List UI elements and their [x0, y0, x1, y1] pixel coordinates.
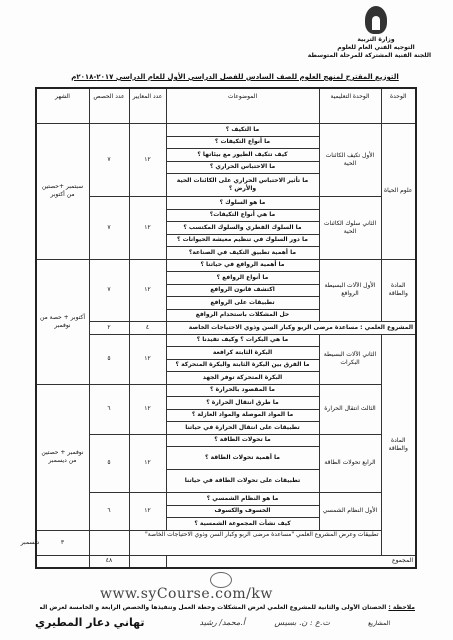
standards-cell: ١٢ [129, 124, 166, 197]
table-row: الأول النظام الشمسي ما هو النظام الشمسي … [36, 493, 416, 506]
standards-cell: ١٢ [129, 384, 166, 434]
edu-unit-cell: الثاني سلوك الكائنات الحية [319, 197, 381, 260]
periods-cell: ٥ [89, 434, 129, 493]
final-project-text: تطبيقات وعرض المشروع العلمي "مساعدة مرضى… [129, 530, 381, 555]
topic-cell: ما دور السلوك في تنظيم معيشة الحيوانات ؟ [166, 234, 319, 247]
topic-cell: الخسوف والكسوف [166, 505, 319, 518]
topic-cell: ما الاحتباس الحراري ؟ [166, 161, 319, 174]
kuwait-emblem-icon [365, 6, 387, 34]
total-label: المجموع [166, 555, 416, 568]
edu-unit-cell: الأول الآلات البسيطة الروافع [319, 259, 381, 322]
topic-cell: البكرة المتحركة توفر الجهد [166, 372, 319, 385]
table-row: الرابع تحولات الطاقة ما تحولات الطاقة ؟ … [36, 434, 416, 447]
month-cell: أكتوبر + حصة من نوفمبر [36, 259, 89, 384]
final-project-row: تطبيقات وعرض المشروع العلمي "مساعدة مرضى… [36, 530, 416, 555]
edu-unit-cell: الثالث انتقال الحرارة [319, 384, 381, 434]
signature-2: أ.محمد/ رشيد [200, 618, 245, 627]
committee-name: اللجنة الفنية المشتركة للمرحلة المتوسطة [321, 52, 431, 60]
topic-cell: ما التكيف ؟ [166, 124, 319, 137]
total-row: المجموع ٤٨ [36, 555, 416, 568]
standards-cell: ١٢ [129, 259, 166, 322]
topic-cell: كيف نشأت المجموعة الشمسية ؟ [166, 518, 319, 531]
note-label: ملاحظة : [388, 604, 415, 611]
topic-cell: ما هي البكرات ؟ وكيف تفيدنا ؟ [166, 334, 319, 347]
topic-cell: حل المشكلات باستخدام الروافع [166, 309, 319, 322]
signature-label: المشاريع [368, 620, 390, 627]
col-edu-unit: الوحدة التعليمية [319, 88, 381, 124]
topic-cell: ما هو السلوك ؟ [166, 197, 319, 210]
edu-unit-cell: الرابع تحولات الطاقة [319, 434, 381, 493]
topic-cell: ما تأثير الاحتباس الحراري على الكائنات ا… [166, 174, 319, 197]
topic-cell: البكرة الثابتة كرافعة [166, 347, 319, 360]
unit-cell: المادة والطاقة [381, 259, 416, 322]
table-row: علوم الحياة الأول تكيف الكائنات الحية ما… [36, 124, 416, 137]
topic-cell: ما المواد الموصلة والمواد العازلة ؟ [166, 409, 319, 422]
col-month: الشهر [36, 88, 89, 124]
topic-cell: ما طرق انتقال الحرارة ؟ [166, 397, 319, 410]
topic-cell: ما أهمية الروافع في حياتنا ؟ [166, 259, 319, 272]
project-row: المشروع العلمي : مساعدة مرضى الربو وكبار… [36, 322, 416, 335]
periods-cell: ٣ [36, 530, 89, 555]
unit-cell: المادة والطاقة [381, 334, 416, 555]
periods-cell: ٦ [89, 384, 129, 434]
edu-unit-cell: الأول تكيف الكائنات الحية [319, 124, 381, 197]
periods-cell: ٧ [89, 259, 129, 322]
topic-cell: كيف تتكيف الطيور مع بيئاتها ؟ [166, 149, 319, 162]
periods-cell: ٧ [89, 124, 129, 197]
periods-cell: ٥ [89, 334, 129, 384]
edu-unit-cell: الأول النظام الشمسي [319, 493, 381, 531]
project-text: المشروع العلمي : مساعدة مرضى الربو وكبار… [166, 322, 416, 335]
watermark: www.syCourse.com/kw [100, 586, 273, 602]
table-header-row: الوحدة الوحدة التعليمية الموضوعات عدد ال… [36, 88, 416, 124]
signature-3: تهاني دعار المطيري [35, 616, 144, 629]
topic-cell: اكتشف قانون الروافع [166, 284, 319, 297]
periods-cell: ٢ [89, 322, 129, 335]
footnote: ملاحظة : الحصتان الأولى والثانية للمشروع… [40, 604, 415, 611]
month-cell: سبتمبر +حصتين من أكتوبر [36, 124, 89, 260]
standards-cell: ١٢ [129, 334, 166, 384]
standards-cell: ٤ [129, 322, 166, 335]
edu-unit-cell: الثاني الآلات البسيطة البكرات [319, 334, 381, 384]
curriculum-table: الوحدة الوحدة التعليمية الموضوعات عدد ال… [35, 87, 417, 569]
table-row: الثالث انتقال الحرارة ما المقصود بالحرار… [36, 384, 416, 397]
topic-cell: ما أنواع التكيفات ؟ [166, 136, 319, 149]
topic-cell: ما السلوك الفطري والسلوك المكتسب ؟ [166, 222, 319, 235]
topic-cell: تطبيقات على الروافع [166, 297, 319, 310]
topic-cell: ما المقصود بالحرارة ؟ [166, 384, 319, 397]
ministry-name: وزارة التربية [321, 36, 431, 44]
standards-cell: ١٢ [129, 197, 166, 260]
note-text: الحصتان الأولى والثانية للمشروع العلمي ل… [40, 604, 386, 611]
col-periods: عدد الحصص [89, 88, 129, 124]
periods-cell: ٦ [89, 493, 129, 531]
directorate-name: التوجيه الفني العام للعلوم [321, 44, 431, 52]
signature-1: ت.ع : ن. بسيس [274, 618, 330, 627]
topic-cell: ما الفرق بين البكرة الثابتة والبكرة المت… [166, 359, 319, 372]
document-title: التوزيع المقترح لمنهج العلوم للصف السادس… [70, 73, 400, 81]
table-row: المادة والطاقة الأول الآلات البسيطة الرو… [36, 259, 416, 272]
topic-cell: تطبيقات على انتقال الحرارة في حياتنا [166, 422, 319, 435]
table-row: الثاني سلوك الكائنات الحية ما هو السلوك … [36, 197, 416, 210]
ministry-header: وزارة التربية التوجيه الفني العام للعلوم… [321, 6, 431, 60]
topic-cell: ما تحولات الطاقة ؟ [166, 434, 319, 447]
topic-cell: ما أهمية تطبيق التكيف في الصناعة؟ [166, 247, 319, 260]
periods-cell: ٧ [89, 197, 129, 260]
unit-cell: علوم الحياة [381, 124, 416, 260]
topic-cell: ما أنواع الروافع ؟ [166, 272, 319, 285]
table-row: المادة والطاقة الثاني الآلات البسيطة الب… [36, 334, 416, 347]
standards-cell: ١٢ [129, 493, 166, 531]
month-cell: نوفمبر + حصتين من ديسمبر [36, 384, 89, 530]
col-topics: الموضوعات [166, 88, 319, 124]
topic-cell: ما هي أنواع التكيفات؟ [166, 209, 319, 222]
col-standards: عدد المعايير [129, 88, 166, 124]
topic-cell: ما أهمية تحولات الطاقة ؟ [166, 447, 319, 470]
standards-cell: ١٢ [129, 434, 166, 493]
topic-cell: ما هو النظام الشمسي ؟ [166, 493, 319, 506]
topic-cell: تطبيقات على تحولات الطاقة في حياتنا [166, 470, 319, 493]
signatures: المشاريع ت.ع : ن. بسيس أ.محمد/ رشيد تهان… [30, 618, 420, 636]
col-unit: الوحدة [381, 88, 416, 124]
total-periods: ٤٨ [89, 555, 129, 568]
